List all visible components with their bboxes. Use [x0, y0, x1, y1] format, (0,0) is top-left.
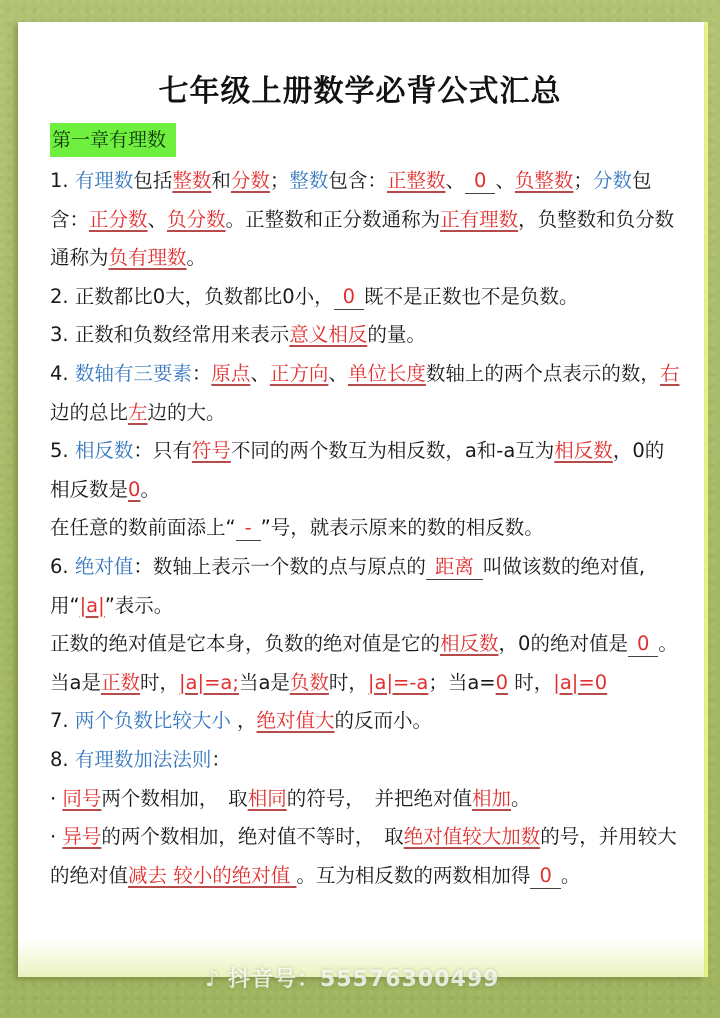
- text-run: 5.: [50, 439, 75, 462]
- formula-paragraph: 8. 有理数加法法则：: [50, 741, 680, 780]
- formula-paragraph: 当a是正数时，|a|=a;当a是负数时，|a|=-a；当a=0 时，|a|=0: [50, 664, 680, 703]
- key-term: 分数: [593, 169, 632, 192]
- fill-blank-answer: 0: [334, 285, 364, 310]
- answer-term: 负数: [290, 671, 329, 694]
- formula-paragraph: 5. 相反数：只有符号不同的两个数互为相反数，a和-a互为相反数，0的相反数是0…: [50, 432, 680, 509]
- key-term: 整数: [289, 169, 328, 192]
- answer-term: 负整数: [515, 169, 574, 192]
- key-term: 有理数加法法则: [75, 748, 212, 771]
- answer-term: 相同: [248, 787, 287, 810]
- formula-paragraph: 在任意的数前面添上“-”号，就表示原来的数的相反数。: [50, 509, 680, 548]
- key-term: 两个负数比较大小: [75, 709, 231, 732]
- answer-term: 正分数: [89, 208, 148, 231]
- fill-blank-answer: -: [236, 516, 261, 541]
- text-run: 时，: [329, 671, 368, 694]
- text-run: ；当a=: [428, 671, 495, 694]
- text-run: 当a是: [50, 671, 101, 694]
- answer-term: 原点: [211, 362, 250, 385]
- answer-term: 绝对值较大加数: [404, 825, 541, 848]
- answer-term: 相反数: [554, 439, 613, 462]
- text-run: 1.: [50, 169, 75, 192]
- answer-term: 意义相反: [289, 323, 367, 346]
- key-term: 数轴有三要素: [75, 362, 192, 385]
- answer-term: 减去 较小的绝对值: [128, 864, 296, 887]
- text-run: 边的总比: [50, 401, 128, 424]
- text-run: 的量。: [367, 323, 426, 346]
- text-run: 、: [148, 208, 168, 231]
- answer-term: 负有理数: [109, 246, 187, 269]
- text-run: 包含：: [328, 169, 387, 192]
- text-run: 的两个数相加，绝对值不等时， 取: [101, 825, 403, 848]
- fill-blank-answer: 0: [465, 169, 495, 194]
- key-term: 绝对值: [75, 555, 134, 578]
- text-run: 、: [445, 169, 465, 192]
- text-run: ，0的绝对值是: [499, 632, 628, 655]
- formula-paragraph: 2. 正数都比0大，负数都比0小，0既不是正数也不是负数。: [50, 278, 680, 317]
- answer-term: 正数: [101, 671, 140, 694]
- text-run: 边的大。: [148, 401, 226, 424]
- formula-paragraph: 1. 有理数包括整数和分数；整数包含：正整数、0、负整数；分数包含：正分数、负分…: [50, 162, 680, 278]
- fill-blank-answer: 0: [628, 632, 658, 657]
- text-run: ；: [270, 169, 290, 192]
- text-run: 、: [250, 362, 270, 385]
- chapter-heading: 第一章有理数: [50, 123, 176, 157]
- formula-paragraph: 3. 正数和负数经常用来表示意义相反的量。: [50, 316, 680, 355]
- text-run: 的符号， 并把绝对值: [287, 787, 472, 810]
- text-run: 既不是正数也不是负数。: [364, 285, 579, 308]
- text-run: 4.: [50, 362, 75, 385]
- answer-term: |a|: [80, 594, 105, 617]
- text-run: 包括: [133, 169, 172, 192]
- text-run: 7.: [50, 709, 75, 732]
- answer-term: 0: [496, 671, 508, 694]
- answer-term: 负分数: [167, 208, 226, 231]
- text-run: 时，: [140, 671, 179, 694]
- text-run: ；: [573, 169, 593, 192]
- text-run: ·: [50, 825, 62, 848]
- fill-blank-answer: 0: [530, 864, 560, 889]
- text-run: 。正整数和正分数通称为: [226, 208, 441, 231]
- text-run: ”表示。: [105, 594, 174, 617]
- text-run: 在任意的数前面添上“: [50, 516, 236, 539]
- formula-paragraph: 6. 绝对值：数轴上表示一个数的点与原点的距离叫做该数的绝对值,用“|a|”表示…: [50, 548, 680, 625]
- text-run: ”号，就表示原来的数的相反数。: [261, 516, 544, 539]
- formula-paragraph: · 异号的两个数相加，绝对值不等时， 取绝对值较大加数的号，并用较大的绝对值减去…: [50, 818, 680, 895]
- text-run: 8.: [50, 748, 75, 771]
- answer-term: 右: [660, 362, 680, 385]
- text-run: 。: [561, 864, 581, 887]
- text-run: 和: [211, 169, 231, 192]
- text-run: 3. 正数和负数经常用来表示: [50, 323, 289, 346]
- tiktok-note-icon: ♪: [205, 967, 220, 992]
- text-run: 。互为相反数的两数相加得: [296, 864, 530, 887]
- answer-term: 正整数: [387, 169, 446, 192]
- text-run: ：数轴上表示一个数的点与原点的: [133, 555, 426, 578]
- text-run: 当a是: [239, 671, 290, 694]
- text-run: 6.: [50, 555, 75, 578]
- formula-paragraph: · 同号两个数相加， 取相同的符号， 并把绝对值相加。: [50, 780, 680, 819]
- text-run: 时，: [508, 671, 553, 694]
- text-run: 的反而小。: [335, 709, 433, 732]
- watermark-text: 抖音号：55576300499: [228, 967, 499, 992]
- page-title: 七年级上册数学必背公式汇总: [0, 66, 720, 110]
- formula-paragraph: 4. 数轴有三要素：原点、正方向、单位长度数轴上的两个点表示的数，右边的总比左边…: [50, 355, 680, 432]
- text-run: ，: [231, 709, 257, 732]
- answer-term: 相反数: [440, 632, 499, 655]
- text-run: 。: [658, 632, 678, 655]
- fill-blank-answer: 距离: [426, 555, 483, 580]
- text-run: 数轴上的两个点表示的数，: [426, 362, 660, 385]
- formula-paragraph: 7. 两个负数比较大小 ，绝对值大的反而小。: [50, 702, 680, 741]
- formula-paragraph: 正数的绝对值是它本身，负数的绝对值是它的相反数，0的绝对值是0。: [50, 625, 680, 664]
- text-run: 2. 正数都比0大，负数都比0小，: [50, 285, 334, 308]
- answer-term: 异号: [62, 825, 101, 848]
- text-run: ·: [50, 787, 62, 810]
- answer-term: 正方向: [270, 362, 329, 385]
- answer-term: 绝对值大: [257, 709, 335, 732]
- answer-term: 同号: [62, 787, 101, 810]
- text-run: 两个数相加， 取: [101, 787, 247, 810]
- formula-content: 1. 有理数包括整数和分数；整数包含：正整数、0、负整数；分数包含：正分数、负分…: [50, 162, 680, 895]
- answer-term: 0: [128, 478, 140, 501]
- text-run: 、: [495, 169, 515, 192]
- text-run: 、: [328, 362, 348, 385]
- answer-term: 分数: [231, 169, 270, 192]
- text-run: 。: [140, 478, 160, 501]
- answer-term: |a|=-a: [368, 671, 428, 694]
- answer-term: 左: [128, 401, 148, 424]
- text-run: 正数的绝对值是它本身，负数的绝对值是它的: [50, 632, 440, 655]
- text-run: ：只有: [133, 439, 192, 462]
- answer-term: 符号: [192, 439, 231, 462]
- text-run: ：: [192, 362, 212, 385]
- watermark: ♪抖音号：55576300499: [205, 962, 499, 993]
- answer-term: 相加: [472, 787, 511, 810]
- answer-term: 正有理数: [440, 208, 518, 231]
- answer-term: |a|=0: [553, 671, 607, 694]
- answer-term: |a|=a;: [179, 671, 239, 694]
- key-term: 相反数: [75, 439, 134, 462]
- answer-term: 单位长度: [348, 362, 426, 385]
- key-term: 有理数: [75, 169, 134, 192]
- text-run: 。: [511, 787, 531, 810]
- answer-term: 整数: [172, 169, 211, 192]
- text-run: 不同的两个数互为相反数，a和-a互为: [231, 439, 554, 462]
- text-run: 。: [187, 246, 207, 269]
- text-run: ：: [211, 748, 231, 771]
